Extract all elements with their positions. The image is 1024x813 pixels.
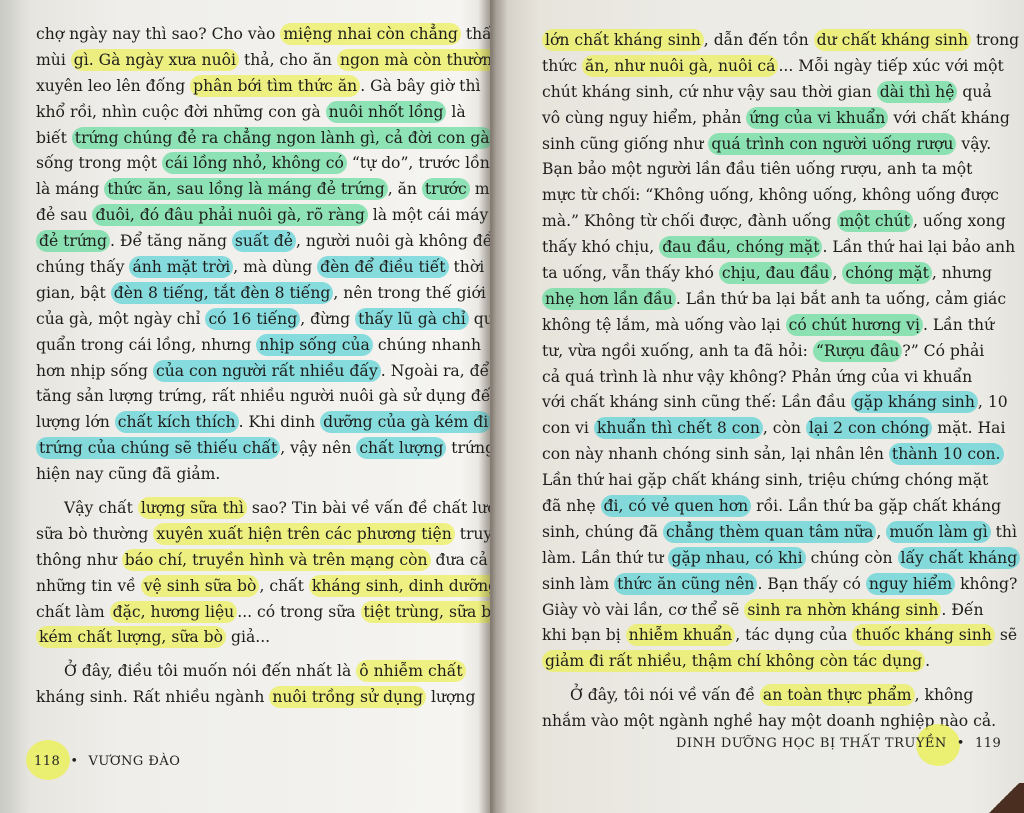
highlighter-mark: trứng chúng đẻ ra chẳng ngon lành gì, cả… xyxy=(72,127,490,149)
text-line: biết trứng chúng đẻ ra chẳng ngon lành g… xyxy=(36,126,456,152)
text-line: hiện nay cũng đã giảm. xyxy=(36,462,456,488)
highlighter-mark: nguy hiểm xyxy=(866,573,955,595)
text-line: hơn nhịp sống của con người rất nhiều đấ… xyxy=(36,359,456,385)
highlighter-mark: muốn làm gì xyxy=(886,521,990,543)
highlighter-mark: ngon mà còn thường xyxy=(337,49,490,71)
left-page-footer: 118•VƯƠNG ĐÀO xyxy=(34,754,180,769)
highlighter-mark: nhiễm khuẩn xyxy=(626,624,736,646)
bullet-separator: • xyxy=(70,754,78,769)
highlighter-mark: vệ sinh sữa bò xyxy=(141,575,260,597)
highlighter-mark: đẻ trứng xyxy=(36,230,110,252)
text-line: mùi gì. Gà ngày xưa nuôi thả, cho ăn ngo… xyxy=(36,48,456,74)
highlighter-mark: lại 2 con chóng xyxy=(806,417,932,439)
highlighter-mark: đèn để điều tiết xyxy=(317,256,448,278)
highlighter-mark: báo chí, truyền hình và trên mạng còn xyxy=(122,549,431,571)
highlighter-mark: nhẹ hơn lần đầu xyxy=(542,288,676,310)
highlighter-mark: có chút hương vị xyxy=(786,314,923,336)
highlighter-mark: nuôi trồng sử dụng xyxy=(269,686,426,708)
text-line: sinh làm thức ăn cũng nên. Bạn thấy có n… xyxy=(542,572,972,598)
highlighter-mark: gì. Gà ngày xưa nuôi xyxy=(71,49,239,71)
highlighter-mark: chất kích thích xyxy=(115,411,239,433)
text-line: trứng của chúng sẽ thiếu chất, vậy nên c… xyxy=(36,436,456,462)
text-line: kém chất lượng, sữa bò giả... xyxy=(36,625,456,651)
text-line: thức ăn, như nuôi gà, nuôi cá... Mỗi ngà… xyxy=(542,54,972,80)
text-line: đẻ trứng. Để tăng năng suất đẻ, người nu… xyxy=(36,229,456,255)
text-line: đã nhẹ đi, có vẻ quen hơn rồi. Lần thứ b… xyxy=(542,494,972,520)
text-line: con này nhanh chóng sinh sản, lại nhân l… xyxy=(542,442,972,468)
text-line: sinh cũng giống như quá trình con người … xyxy=(542,132,972,158)
highlighter-mark: “Rượu đâu xyxy=(813,340,902,362)
highlighter-mark: lượng sữa thì xyxy=(138,497,247,519)
text-line: Vậy chất lượng sữa thì sao? Tin bài về v… xyxy=(36,496,456,522)
text-line: là máng thức ăn, sau lồng là máng đẻ trứ… xyxy=(36,177,456,203)
highlighter-mark: lấy chất kháng xyxy=(898,547,1021,569)
highlighter-mark: ứng của vi khuẩn xyxy=(746,107,888,129)
text-line: làm. Lần thứ tư gặp nhau, có khi chúng c… xyxy=(542,546,972,572)
text-line: sinh, chúng đã chẳng thèm quan tâm nữa, … xyxy=(542,520,972,546)
highlighter-mark: trước xyxy=(422,178,470,200)
highlighter-mark: đuôi, đó đâu phải nuôi gà, rõ ràng xyxy=(92,204,367,226)
highlighter-mark: ăn, như nuôi gà, nuôi cá xyxy=(582,55,778,77)
highlighter-mark: suất đẻ xyxy=(232,230,296,252)
text-line: gian, bật đèn 8 tiếng, tắt đèn 8 tiếng, … xyxy=(36,281,456,307)
text-line: ta uống, vẫn thấy khó chịu, đau đầu, chó… xyxy=(542,261,972,287)
text-line: giảm đi rất nhiều, thậm chí không còn tá… xyxy=(542,649,972,675)
highlighter-mark: ô nhiễm chất xyxy=(356,660,465,682)
highlighter-mark: kém chất lượng, sữa bò xyxy=(36,626,226,648)
right-page-body: lớn chất kháng sinh, dẫn đến tồn dư chất… xyxy=(542,28,972,735)
highlighter-mark: cái lồng nhỏ, không có xyxy=(162,152,347,174)
text-line: chợ ngày nay thì sao? Cho vào miệng nhai… xyxy=(36,22,456,48)
text-line: Giày vò vài lần, cơ thể sẽ sinh ra nhờn … xyxy=(542,598,972,624)
text-line: con vi khuẩn thì chết 8 con, còn lại 2 c… xyxy=(542,416,972,442)
text-line: sống trong một cái lồng nhỏ, không có “t… xyxy=(36,151,456,177)
highlighter-mark: đi, có vẻ quen hơn xyxy=(601,495,752,517)
highlighter-mark: dài thì hệ xyxy=(877,81,958,103)
highlighter-mark: dưỡng của gà kém đi xyxy=(320,411,490,433)
text-line: thông như báo chí, truyền hình và trên m… xyxy=(36,548,456,574)
text-line: thấy khó chịu, đau đầu, chóng mặt. Lần t… xyxy=(542,235,972,261)
text-line: lượng lớn chất kích thích. Khi dinh dưỡn… xyxy=(36,410,456,436)
highlighter-mark: tiệt trùng, sữa bò xyxy=(361,601,490,623)
highlighter-mark: của con người rất nhiều đấy xyxy=(153,360,381,382)
text-line: tư, vừa ngồi xuống, anh ta đã hỏi: “Rượu… xyxy=(542,339,972,365)
highlighter-mark: thức ăn, sau lồng là máng đẻ trứng xyxy=(104,178,387,200)
text-line: kháng sinh. Rất nhiều ngành nuôi trồng s… xyxy=(36,685,456,711)
highlighter-mark: an toàn thực phẩm xyxy=(760,684,915,706)
highlighter-mark: quá trình con người uống rượu xyxy=(708,133,956,155)
highlighter-mark: chất lượng xyxy=(356,437,446,459)
text-line: của gà, một ngày chỉ có 16 tiếng, đừng t… xyxy=(36,307,456,333)
highlighter-mark: xuyên xuất hiện trên các phương tiện xyxy=(153,523,454,545)
text-line: khổ rồi, nhìn cuộc đời những con gà nuôi… xyxy=(36,100,456,126)
highlighter-mark: dư chất kháng sinh xyxy=(814,29,971,51)
highlighter-mark: ánh mặt trời xyxy=(129,256,233,278)
text-line: tăng sản lượng trứng, rất nhiều người nu… xyxy=(36,384,456,410)
highlighter-mark: nhịp sống của xyxy=(256,334,373,356)
running-head: VƯƠNG ĐÀO xyxy=(89,754,181,769)
page-number: 119 xyxy=(975,736,1001,751)
text-line: nhẹ hơn lần đầu. Lần thứ ba lại bắt anh … xyxy=(542,287,972,313)
text-line: chúng thấy ánh mặt trời, mà dùng đèn để … xyxy=(36,255,456,281)
highlighter-mark: miệng nhai còn chẳng xyxy=(280,23,461,45)
running-head: DINH DƯỠNG HỌC BỊ THẤT TRUYỀN xyxy=(676,736,947,751)
text-line: xuyên leo lên đống phân bới tìm thức ăn.… xyxy=(36,74,456,100)
text-line: không tệ lắm, mà uống vào lại có chút hư… xyxy=(542,313,972,339)
highlighter-mark: trứng của chúng sẽ thiếu chất xyxy=(36,437,280,459)
open-book-photo: chợ ngày nay thì sao? Cho vào miệng nhai… xyxy=(0,0,1024,813)
highlighter-mark: một chút xyxy=(837,210,913,232)
text-line: Ở đây, điều tôi muốn nói đến nhất là ô n… xyxy=(36,659,456,685)
highlighter-mark: gặp kháng sinh xyxy=(851,391,978,413)
highlighter-mark: đèn 8 tiếng, tắt đèn 8 tiếng xyxy=(111,282,334,304)
text-line: mà.” Không từ chối được, đành uống một c… xyxy=(542,209,972,235)
text-line: quẩn trong cái lồng, nhưng nhịp sống của… xyxy=(36,333,456,359)
text-line: vô cùng nguy hiểm, phản ứng của vi khuẩn… xyxy=(542,106,972,132)
highlighter-mark: đặc, hương liệu xyxy=(110,601,238,623)
text-line: mực từ chối: “Không uống, không uống, kh… xyxy=(542,183,972,209)
right-page: lớn chất kháng sinh, dẫn đến tồn dư chất… xyxy=(490,0,1024,813)
highlighter-mark: chẳng thèm quan tâm nữa xyxy=(663,521,876,543)
highlighter-mark: phân bới tìm thức ăn xyxy=(190,75,360,97)
page-corner xyxy=(984,783,1024,813)
text-line: cả quá trình là như vậy không? Phản ứng … xyxy=(542,365,972,391)
text-line: chút kháng sinh, cứ như vậy sau thời gia… xyxy=(542,80,972,106)
text-line: đẻ sau đuôi, đó đâu phải nuôi gà, rõ ràn… xyxy=(36,203,456,229)
text-line: khi bạn bị nhiễm khuẩn, tác dụng của thu… xyxy=(542,623,972,649)
highlighter-mark: thấy lũ gà chỉ xyxy=(355,308,469,330)
highlighter-mark: thành 10 con. xyxy=(889,443,1004,465)
bullet-separator: • xyxy=(957,736,965,751)
text-line: Ở đây, tôi nói về vấn đề an toàn thực ph… xyxy=(542,683,972,709)
text-line: chất làm đặc, hương liệu... có trong sữa… xyxy=(36,600,456,626)
left-page-body: chợ ngày nay thì sao? Cho vào miệng nhai… xyxy=(36,22,456,711)
text-line: sữa bò thường xuyên xuất hiện trên các p… xyxy=(36,522,456,548)
highlighter-mark: thức ăn cũng nên xyxy=(614,573,757,595)
highlighter-mark: giảm đi rất nhiều, thậm chí không còn tá… xyxy=(542,650,925,672)
right-page-footer: DINH DƯỠNG HỌC BỊ THẤT TRUYỀN•119 xyxy=(676,736,1001,751)
highlighter-mark: chịu, đau đầu xyxy=(719,262,833,284)
highlighter-mark: có 16 tiếng xyxy=(205,308,300,330)
highlighter-mark: kháng sinh, dinh dưỡng xyxy=(309,575,490,597)
text-line: những tin về vệ sinh sữa bò, chất kháng … xyxy=(36,574,456,600)
page-number: 118 xyxy=(34,754,60,769)
highlighter-mark: lớn chất kháng sinh xyxy=(542,29,704,51)
text-line: nhắm vào một ngành nghề hay một doanh ng… xyxy=(542,709,972,735)
text-line: lớn chất kháng sinh, dẫn đến tồn dư chất… xyxy=(542,28,972,54)
highlighter-mark: chóng mặt xyxy=(842,262,932,284)
highlighter-mark: gặp nhau, có khi xyxy=(668,547,805,569)
highlighter-mark: sinh ra nhờn kháng sinh xyxy=(744,599,941,621)
highlighter-mark: nuôi nhốt lồng xyxy=(326,101,447,123)
text-line: Bạn bảo một người lần đầu tiên uống rượu… xyxy=(542,157,972,183)
text-line: Lần thứ hai gặp chất kháng sinh, triệu c… xyxy=(542,468,972,494)
left-page: chợ ngày nay thì sao? Cho vào miệng nhai… xyxy=(0,0,490,813)
highlighter-mark: thuốc kháng sinh xyxy=(852,624,994,646)
text-line: với chất kháng sinh cũng thế: Lần đầu gặ… xyxy=(542,390,972,416)
highlighter-mark: đau đầu, chóng mặt xyxy=(659,236,822,258)
highlighter-mark: khuẩn thì chết 8 con xyxy=(594,417,763,439)
